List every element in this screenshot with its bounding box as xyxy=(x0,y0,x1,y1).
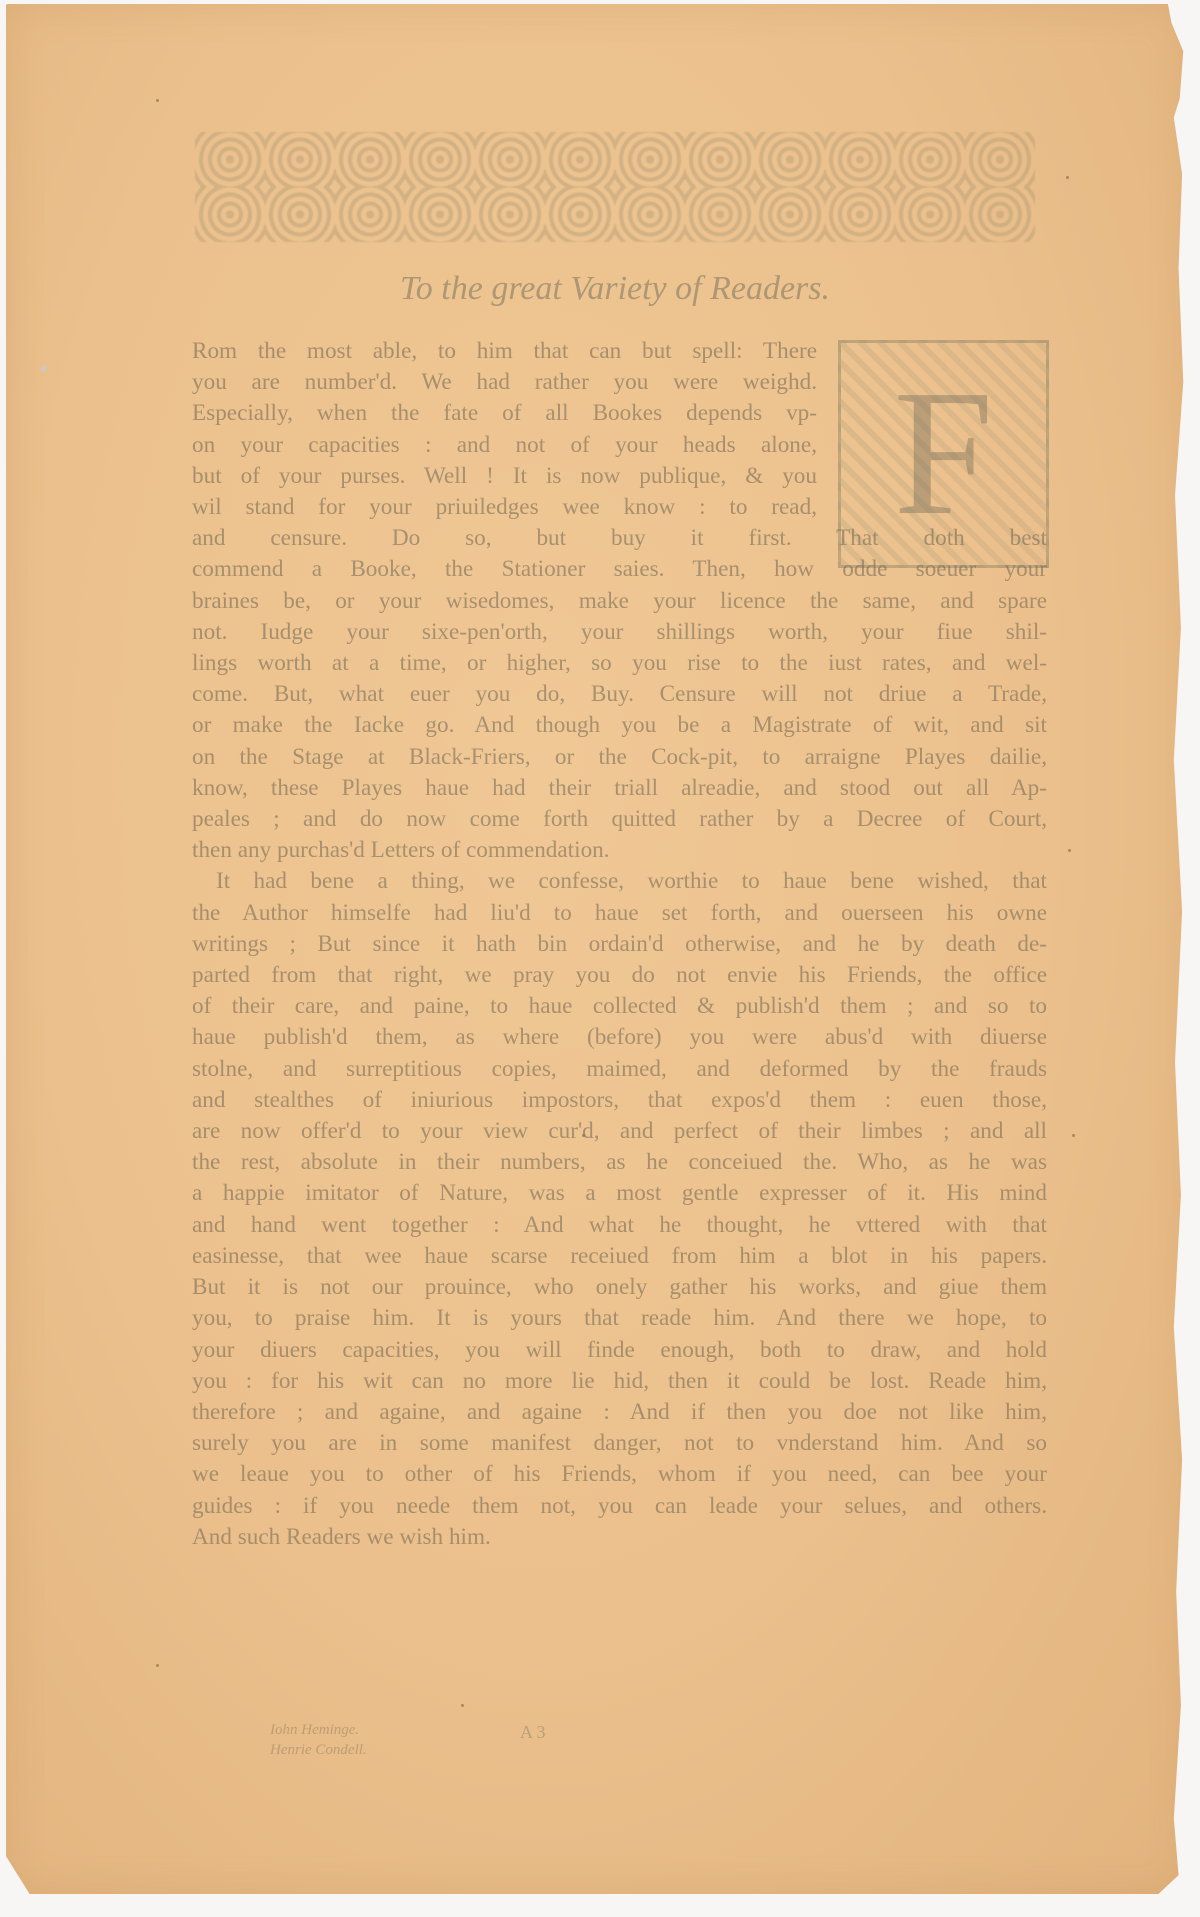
text-line: and stealthes of iniurious impostors, th… xyxy=(192,1085,1047,1116)
signatory-name: Henrie Condell. xyxy=(270,1740,367,1760)
text-line: haue publish'd them, as where (before) y… xyxy=(192,1022,1047,1053)
text-line: Rom the most able, to him that can but s… xyxy=(192,336,817,367)
text-line: And such Readers we wish him. xyxy=(192,1522,1047,1553)
text-line: wil stand for your priuiledges wee know … xyxy=(192,492,817,523)
text-line: your diuers capacities, you will finde e… xyxy=(192,1335,1047,1366)
paper-speck xyxy=(461,1704,464,1707)
text-line: guides : if you neede them not, you can … xyxy=(192,1491,1047,1522)
text-line: come. But, what euer you do, Buy. Censur… xyxy=(192,679,1047,710)
text-line: surely you are in some manifest danger, … xyxy=(192,1428,1047,1459)
text-line: braines be, or your wisedomes, make your… xyxy=(192,586,1047,617)
paper-speck xyxy=(1068,849,1071,852)
text-line: stolne, and surreptitious copies, maimed… xyxy=(192,1054,1047,1085)
text-line: on your capacities : and not of your hea… xyxy=(192,430,817,461)
text-line: It had bene a thing, we confesse, worthi… xyxy=(192,866,1047,897)
page-title: To the great Variety of Readers. xyxy=(190,270,1040,308)
text-line: easinesse, that wee haue scarse receiued… xyxy=(192,1241,1047,1272)
text-line: and hand went together : And what he tho… xyxy=(192,1210,1047,1241)
margin-mark xyxy=(40,365,47,372)
text-line: therefore ; and againe, and againe : And… xyxy=(192,1397,1047,1428)
text-line: lings worth at a time, or higher, so you… xyxy=(192,648,1047,679)
text-line: on the Stage at Black-Friers, or the Coc… xyxy=(192,742,1047,773)
decorative-headpiece xyxy=(195,132,1035,242)
text-line: you are number'd. We had rather you were… xyxy=(192,367,817,398)
text-line: then any purchas'd Letters of commendati… xyxy=(192,835,1047,866)
signature-mark: A 3 xyxy=(520,1722,546,1743)
text-line: But it is not our prouince, who onely ga… xyxy=(192,1272,1047,1303)
text-line: and censure. Do so, but buy it first. Th… xyxy=(192,523,1047,554)
text-line: the Author himselfe had liu'd to haue se… xyxy=(192,898,1047,929)
text-line: Especially, when the fate of all Bookes … xyxy=(192,398,817,429)
text-line: parted from that right, we pray you do n… xyxy=(192,960,1047,991)
text-line: we leaue you to other of his Friends, wh… xyxy=(192,1459,1047,1490)
text-line: peales ; and do now come forth quitted r… xyxy=(192,804,1047,835)
text-line: you, to praise him. It is yours that rea… xyxy=(192,1303,1047,1334)
text-line: are now offer'd to your view cur'd, and … xyxy=(192,1116,1047,1147)
text-line: not. Iudge your sixe-pen'orth, your shil… xyxy=(192,617,1047,648)
paper-speck xyxy=(1066,176,1069,179)
text-line: know, these Playes haue had their triall… xyxy=(192,773,1047,804)
body-text: Rom the most able, to him that can but s… xyxy=(192,336,1047,1553)
text-line: or make the Iacke go. And though you be … xyxy=(192,710,1047,741)
text-line: commend a Booke, the Stationer saies. Th… xyxy=(192,554,1047,585)
text-line: the rest, absolute in their numbers, as … xyxy=(192,1147,1047,1178)
paper-speck xyxy=(1072,1134,1075,1137)
paper-speck xyxy=(156,99,159,102)
text-line: a happie imitator of Nature, was a most … xyxy=(192,1178,1047,1209)
text-line: of their care, and paine, to haue collec… xyxy=(192,991,1047,1022)
signatory-name: Iohn Heminge. xyxy=(270,1720,367,1740)
text-line: but of your purses. Well ! It is now pub… xyxy=(192,461,817,492)
footer-signatories: Iohn Heminge. Henrie Condell. xyxy=(270,1720,367,1760)
paper-speck xyxy=(156,1664,159,1667)
text-line: writings ; But since it hath bin ordain'… xyxy=(192,929,1047,960)
text-line: you : for his wit can no more lie hid, t… xyxy=(192,1366,1047,1397)
